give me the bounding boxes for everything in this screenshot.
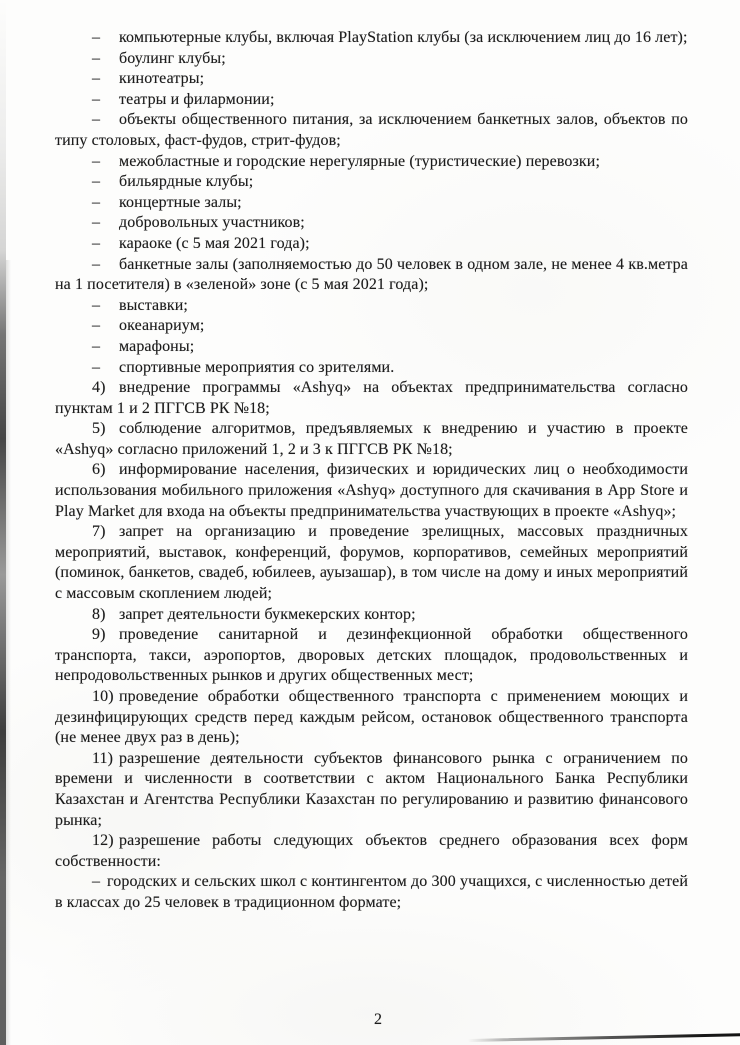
scan-shadow-left-edge (0, 0, 6, 1045)
list-item-numbered: 4)внедрение программы «Ashyq» на объекта… (55, 378, 688, 419)
list-item-numbered: 5)соблюдение алгоритмов, предъявляемых к… (55, 419, 688, 460)
paragraph-text: запрет деятельности букмекерских контор; (119, 606, 416, 623)
list-marker: – (92, 49, 119, 70)
list-marker: 8) (92, 605, 119, 626)
list-item-dash: –компьютерные клубы, включая PlayStation… (55, 28, 688, 49)
paragraph-text: объекты общественного питания, за исключ… (55, 111, 688, 149)
paragraph-text: добровольных участников; (119, 214, 305, 231)
list-item-dash: –бильярдные клубы; (55, 172, 688, 193)
paragraph-text: бильярдные клубы; (119, 173, 253, 190)
list-item-dash: –банкетные залы (заполняемостью до 50 че… (55, 255, 688, 296)
list-marker: 5) (92, 419, 119, 440)
paragraph-text: межобластные и городские нерегулярные (т… (119, 153, 600, 170)
paragraph-text: банкетные залы (заполняемостью до 50 чел… (55, 256, 688, 294)
list-item-dash: –караоке (с 5 мая 2021 года); (55, 234, 688, 255)
list-item-numbered: 9)проведение санитарной и дезинфекционно… (55, 625, 688, 687)
paragraph-text: разрешение деятельности субъектов финанс… (55, 750, 688, 829)
list-marker: – (92, 172, 119, 193)
list-item-dash: –объекты общественного питания, за исклю… (55, 110, 688, 151)
list-item-dash: –спортивные мероприятия со зрителями. (55, 358, 688, 379)
paragraph-text: выставки; (119, 297, 188, 314)
paragraph-text: концертные залы; (119, 194, 242, 211)
list-marker: – (92, 110, 119, 131)
list-marker: – (92, 234, 119, 255)
list-marker: 12) (92, 831, 119, 852)
paragraph-text: спортивные мероприятия со зрителями. (119, 359, 394, 376)
list-marker: – (92, 872, 107, 893)
list-item-numbered: 8)запрет деятельности букмекерских конто… (55, 605, 688, 626)
list-item-dash: –концертные залы; (55, 193, 688, 214)
list-item-dash: –городских и сельских школ с контингенто… (55, 872, 688, 913)
paragraph-text: проведение обработки общественного транс… (55, 688, 688, 746)
document-page: –компьютерные клубы, включая PlayStation… (0, 0, 740, 1045)
document-body: –компьютерные клубы, включая PlayStation… (55, 28, 688, 914)
list-marker: – (92, 152, 119, 173)
list-item-dash: –боулинг клубы; (55, 49, 688, 70)
list-marker: – (92, 213, 119, 234)
paragraph-text: марафоны; (119, 338, 194, 355)
list-item-dash: –океанариум; (55, 316, 688, 337)
paragraph-text: театры и филармонии; (119, 91, 275, 108)
list-marker: – (92, 90, 119, 111)
list-marker: 10) (92, 687, 119, 708)
list-item-dash: –марафоны; (55, 337, 688, 358)
list-item-numbered: 7)запрет на организацию и проведение зре… (55, 522, 688, 604)
list-marker: 11) (92, 749, 119, 770)
page-number: 2 (0, 1011, 740, 1029)
list-marker: 6) (92, 460, 119, 481)
list-item-numbered: 6)информирование населения, физических и… (55, 460, 688, 522)
list-item-numbered: 12)разрешение работы следующих объектов … (55, 831, 688, 872)
paragraph-text: кинотеатры; (119, 70, 204, 87)
list-marker: 7) (92, 522, 119, 543)
list-item-dash: –добровольных участников; (55, 213, 688, 234)
list-item-dash: –кинотеатры; (55, 69, 688, 90)
list-marker: – (92, 358, 119, 379)
paragraph-text: соблюдение алгоритмов, предъявляемых к в… (55, 420, 688, 458)
paragraph-text: запрет на организацию и проведение зрели… (55, 523, 688, 602)
list-item-dash: –выставки; (55, 296, 688, 317)
list-marker: – (92, 28, 119, 49)
list-marker: 4) (92, 378, 119, 399)
list-marker: – (92, 296, 119, 317)
paragraph-text: океанариум; (119, 317, 204, 334)
paragraph-text: проведение санитарной и дезинфекционной … (55, 626, 688, 684)
list-marker: 9) (92, 625, 119, 646)
scan-artifact-bottom-line (468, 1033, 740, 1042)
list-marker: – (92, 337, 119, 358)
paragraph-text: разрешение работы следующих объектов сре… (55, 832, 688, 870)
paragraph-text: информирование населения, физических и ю… (55, 461, 688, 519)
paragraph-text: караоке (с 5 мая 2021 года); (119, 235, 310, 252)
paragraph-text: компьютерные клубы, включая PlayStation … (119, 29, 688, 46)
list-item-numbered: 11)разрешение деятельности субъектов фин… (55, 749, 688, 831)
scan-shadow-left-halo (6, 260, 11, 1045)
paragraph-text: боулинг клубы; (119, 50, 226, 67)
paragraph-text: внедрение программы «Ashyq» на объектах … (55, 379, 688, 417)
list-marker: – (92, 255, 119, 276)
list-item-dash: –театры и филармонии; (55, 90, 688, 111)
list-marker: – (92, 316, 119, 337)
list-item-numbered: 10)проведение обработки общественного тр… (55, 687, 688, 749)
list-marker: – (92, 193, 119, 214)
list-marker: – (92, 69, 119, 90)
list-item-dash: –межобластные и городские нерегулярные (… (55, 152, 688, 173)
paragraph-text: городских и сельских школ с контингентом… (55, 873, 688, 911)
